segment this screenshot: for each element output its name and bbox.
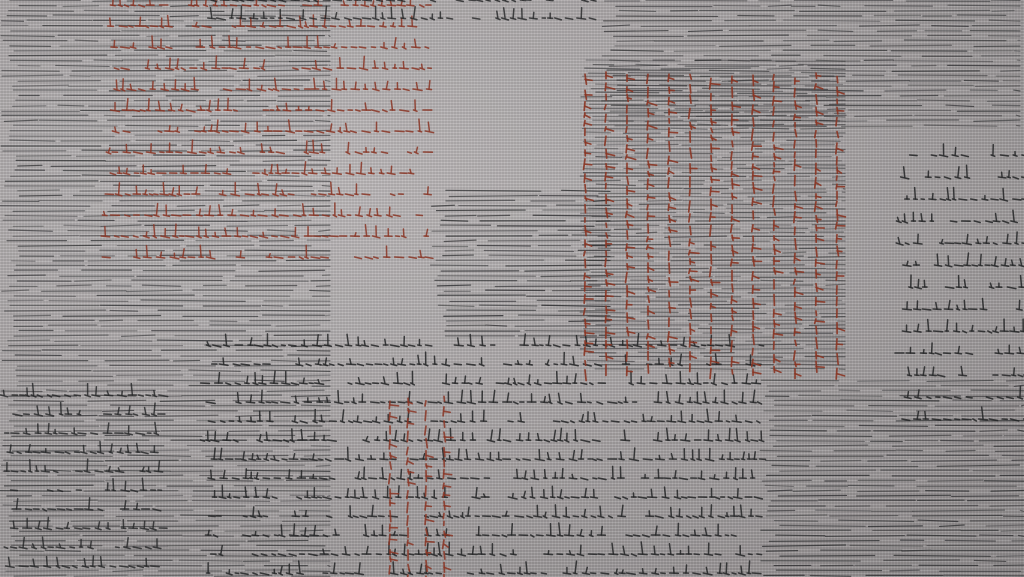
stitched-script-layer [0, 0, 1024, 577]
textile-artwork [0, 0, 1024, 577]
